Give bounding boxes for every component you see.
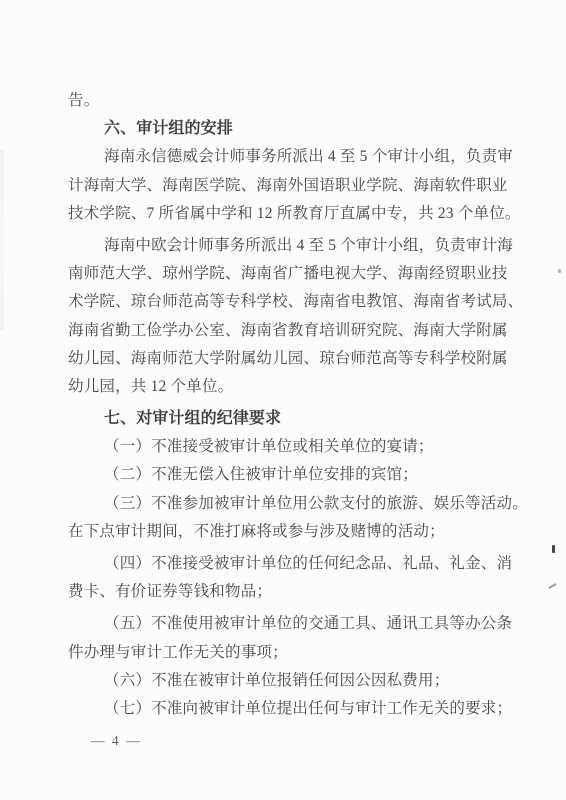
- text-line: （三）不准参加被审计单位用公款支付的旅游、娱乐等活动。: [68, 490, 512, 518]
- text-line: 技术学院、7 所省属中学和 12 所教育厅直属中专，共 23 个单位。: [68, 200, 512, 228]
- text-line: 计海南大学、海南医学院、海南外国语职业学院、海南软件职业: [68, 172, 512, 200]
- text-line: 南师范大学、琼州学院、海南省广播电视大学、海南经贸职业技: [68, 260, 512, 288]
- text-line: 在下点审计期间，不准打麻将或参与涉及赌博的活动；: [68, 518, 512, 546]
- scan-speck: [548, 583, 557, 589]
- text-line: 海南省勤工俭学办公室、海南省教育培训研究院、海南大学附属: [68, 317, 512, 345]
- text-line: 术学院、琼台师范高等专科学校、海南省电教馆、海南省考试局、: [68, 288, 512, 316]
- text-line: 海南永信德威会计师事务所派出 4 至 5 个审计小组，负责审: [68, 143, 512, 171]
- page-number: — 4 —: [91, 733, 142, 749]
- text-line: 海南中欧会计师事务所派出 4 至 5 个审计小组，负责审计海: [68, 232, 512, 260]
- section-heading: 六、审计组的安排: [68, 115, 512, 143]
- document-body: 告。六、审计组的安排海南永信德威会计师事务所派出 4 至 5 个审计小组，负责审…: [68, 87, 512, 723]
- section-heading: 七、对审计组的纪律要求: [68, 405, 512, 433]
- text-line: （六）不准在被审计单位报销任何因公因私费用；: [68, 667, 512, 695]
- scan-smudge: [0, 150, 4, 330]
- document-page: 告。六、审计组的安排海南永信德威会计师事务所派出 4 至 5 个审计小组，负责审…: [0, 0, 566, 800]
- text-line: （四）不准接受被审计单位的任何纪念品、礼品、礼金、消: [68, 550, 512, 578]
- text-line: 告。: [68, 87, 512, 115]
- text-line: 件办理与审计工作无关的事项；: [68, 639, 512, 667]
- text-line: 费卡、有价证券等钱和物品；: [68, 578, 512, 606]
- scan-speck: [558, 269, 561, 273]
- scan-speck: [552, 545, 555, 553]
- text-line: 幼儿园，共 12 个单位。: [68, 373, 512, 401]
- text-line: （七）不准向被审计单位提出任何与审计工作无关的要求；: [68, 695, 512, 723]
- text-line: （一）不准接受被审计单位或相关单位的宴请；: [68, 433, 512, 461]
- text-line: 幼儿园、海南师范大学附属幼儿园、琼台师范高等专科学校附属: [68, 345, 512, 373]
- text-line: （二）不准无偿入住被审计单位安排的宾馆；: [68, 461, 512, 489]
- text-line: （五）不准使用被审计单位的交通工具、通讯工具等办公条: [68, 610, 512, 638]
